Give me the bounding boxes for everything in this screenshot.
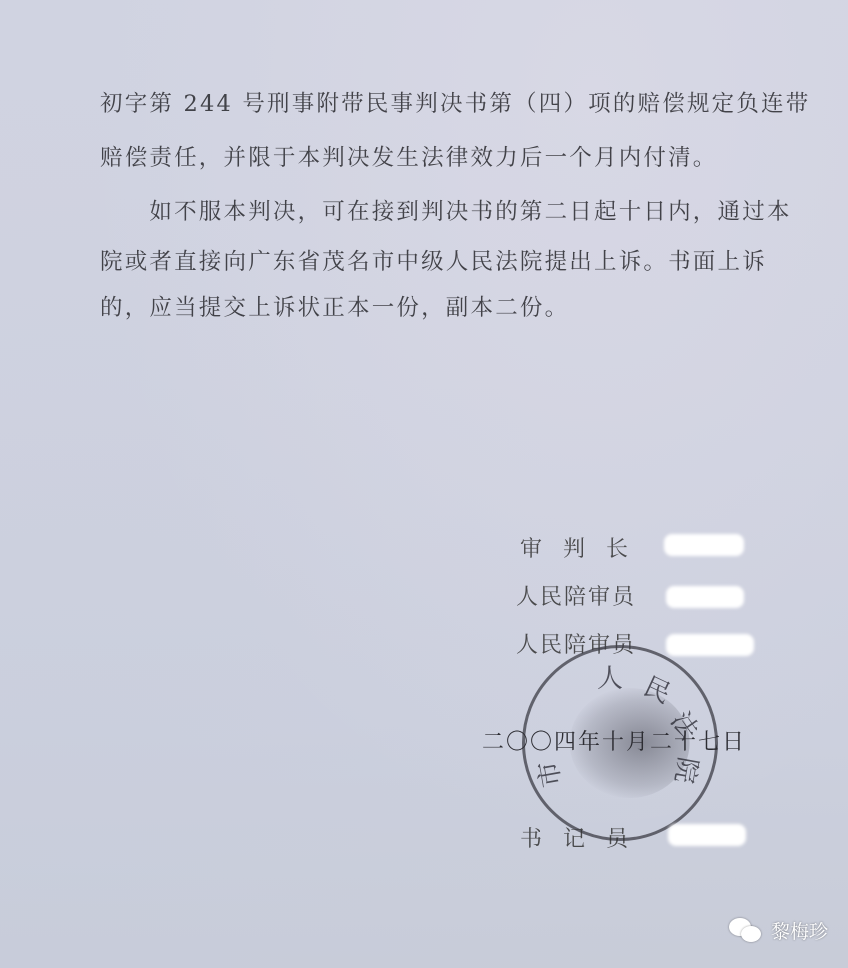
redacted-name: [668, 824, 746, 846]
redacted-name: [666, 634, 754, 656]
seal-char: 市: [528, 758, 569, 790]
paragraph-2-line-2: 院或者直接向广东省茂名市中级人民法院提出上诉。书面上诉: [100, 244, 767, 276]
paragraph-2-line-1: 如不服本判决，可在接到判决书的第二日起十日内，通过本: [100, 194, 792, 226]
paragraph-2-line-3: 的，应当提交上诉状正本一份，副本二份。: [100, 290, 569, 322]
people-assessor-label-1: 人民陪审员: [516, 580, 636, 611]
seal-char: 院: [668, 754, 709, 786]
seal-char: 人: [597, 658, 623, 695]
watermark-author: 黎梅珍: [771, 917, 828, 944]
paragraph-1-line-2: 赔偿责任，并限于本判决发生法律效力后一个月内付清。: [100, 140, 718, 172]
clerk-label: 书记员: [520, 822, 649, 853]
paragraph-1-line-1: 初字第 244 号刑事附带民事判决书第（四）项的赔偿规定负连带: [100, 86, 810, 118]
redacted-name: [666, 586, 744, 608]
redacted-name: [664, 534, 744, 556]
wechat-watermark: 黎梅珍: [729, 917, 828, 944]
wechat-icon: [729, 918, 763, 944]
judgment-date: 二〇〇四年十月二十七日: [482, 725, 746, 756]
presiding-judge-label: 审判长: [520, 532, 649, 563]
